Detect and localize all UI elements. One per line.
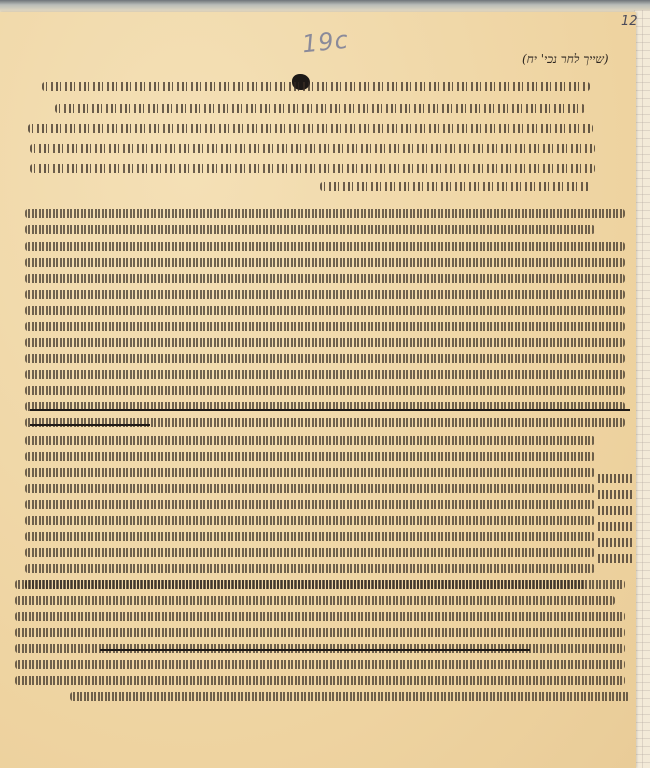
manuscript-page: 19c 12 (שייך לחר נכי' יח): [0, 12, 636, 768]
grid-paper-strip: [634, 10, 650, 768]
page-number: 12: [621, 14, 638, 29]
archival-pencil-note: 19c: [301, 26, 350, 59]
header-note: (שייך לחר נכי' יח): [522, 52, 609, 67]
page-stack-edge: [0, 0, 650, 12]
